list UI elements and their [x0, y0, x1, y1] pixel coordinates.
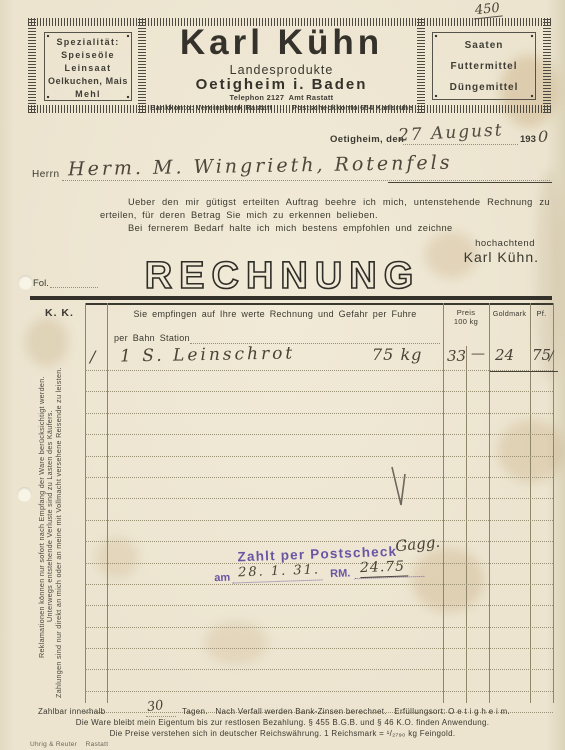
invoice-title: RECHNUNG [0, 255, 565, 298]
table-header-line2: per Bahn Station [114, 333, 190, 343]
letterhead-border-left [28, 18, 36, 113]
products-box: Saaten Futtermittel Düngemittel [432, 32, 536, 100]
specialty-item: Mehl [45, 88, 131, 101]
title-rule [30, 296, 552, 300]
table-row [85, 456, 553, 477]
paper-stain [26, 318, 68, 366]
product-item: Düngemittel [433, 77, 535, 98]
stamp-handwritten-date: 28. 1. 31. [238, 562, 321, 580]
invoice-document: 450 Spezialität: Speiseöle Leinsaat Oelk… [0, 0, 565, 750]
specialty-title: Spezialität: [45, 36, 131, 49]
entry-amount-tick: / [549, 349, 553, 364]
table-row [85, 627, 553, 648]
letterhead-center: Karl Kühn Landesprodukte Oetigheim i. Ba… [146, 18, 417, 113]
table-row [85, 370, 553, 391]
date-year-printed: 193 [520, 134, 536, 145]
table-row [85, 391, 553, 412]
closing-word: hochachtend [475, 238, 535, 249]
handwritten-year-digit: 0 [538, 127, 548, 146]
handwritten-days: 30 [146, 698, 164, 715]
stamp-am-label: am [214, 572, 230, 585]
company-name: Karl Kühn [146, 23, 417, 63]
company-subtitle: Landesprodukte [146, 63, 417, 77]
col-header-pf: Pf. [530, 309, 553, 318]
stamp-handwritten-amount: 24.75 [360, 558, 409, 578]
letterhead: Spezialität: Speiseöle Leinsaat Oelkuche… [28, 18, 551, 113]
col-header-price-sub: 100 kg [443, 317, 489, 326]
table-row [85, 477, 553, 498]
entry-amount-goldmark: 24 [495, 346, 514, 364]
table-row [85, 413, 553, 434]
specialty-item: Oelkuchen, Mais [45, 75, 131, 88]
product-item: Futtermittel [433, 56, 535, 77]
table-top-border [85, 303, 553, 305]
table-row [85, 498, 553, 519]
side-note: Unterwegs entstehende Verluste sind zu L… [45, 410, 54, 622]
table-row [85, 669, 553, 690]
col-header-price: Preis [443, 308, 489, 317]
entry-price-pf: — [471, 346, 485, 362]
table-row [85, 520, 553, 541]
table-row [85, 605, 553, 626]
table-header-line1: Sie empfingen auf Ihre werte Rechnung un… [110, 309, 440, 319]
kk-label: K. K. [45, 307, 74, 319]
stamp-rm-label: RM. [330, 567, 351, 580]
specialty-item: Leinsaat [45, 62, 131, 75]
footer-line1-post: Tagen. Nach Verfall werden Bank-Zinsen b… [182, 707, 510, 716]
specialty-box: Spezialität: Speiseöle Leinsaat Oelkuche… [44, 32, 132, 101]
col-header-goldmark: Goldmark [489, 309, 530, 318]
entry-description: 1 S. Leinschrot [120, 343, 296, 366]
body-line: erteilen, für deren Betrag Sie mich zu e… [100, 210, 378, 220]
company-city: Oetigheim i. Baden [146, 76, 417, 93]
product-item: Saaten [433, 35, 535, 56]
specialty-item: Speiseöle [45, 49, 131, 62]
letterhead-divider-right [417, 18, 425, 113]
recipient-label: Herrn [32, 169, 60, 180]
body-line: Ueber den mir gütigst erteilten Auftrag … [128, 197, 550, 207]
punch-hole [17, 487, 32, 502]
handwritten-folio-number: 450 [472, 1, 502, 20]
recipient-underline [388, 182, 552, 183]
pencil-checkmark-icon [388, 463, 414, 509]
date-place-label: Oetigheim, den [330, 134, 404, 145]
entry-price-goldmark: 33 [447, 347, 466, 365]
footer-line3: Die Preise verstehen sich in deutscher R… [0, 729, 565, 738]
side-note: Zahlungen sind nur direkt an mich oder a… [54, 367, 63, 698]
amount-underline [490, 371, 558, 372]
printer-mark: Uhrig & Reuter Rastatt [30, 741, 108, 748]
entry-check-mark: / [90, 347, 95, 366]
table-row [85, 434, 553, 455]
table-row [85, 584, 553, 605]
letterhead-border-right [543, 18, 551, 113]
entry-weight: 75 kg [372, 345, 422, 364]
body-line: Bei fernerem Bedarf halte ich mich beste… [128, 223, 453, 233]
table-row [85, 648, 553, 669]
footer-line1-pre: Zahlbar innerhalb [38, 707, 105, 716]
letterhead-divider-left [138, 18, 146, 113]
footer-line2: Die Ware bleibt mein Eigentum bis zur re… [0, 718, 565, 727]
company-bank-line: Bankkonto: Vereinsbank Rastatt :: Postsc… [146, 98, 417, 112]
station-blank-line [190, 333, 440, 344]
